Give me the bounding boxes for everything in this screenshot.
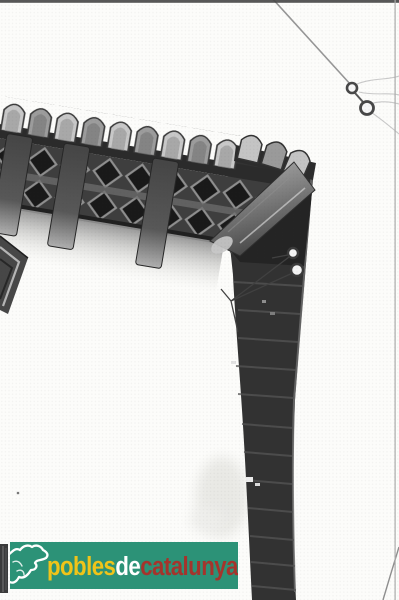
watermark-word-pobles: pobles [47,553,115,582]
watermark-text: poblesdecatalunya [47,542,238,589]
watermark-word-de: de [115,553,140,582]
watermark-word-catalunya: catalunya [140,553,238,582]
halftone-overlay [0,0,399,600]
pobles-de-catalunya-watermark: poblesdecatalunya [10,542,238,589]
photo-canvas [0,0,399,600]
photograph: poblesdecatalunya [0,0,399,600]
